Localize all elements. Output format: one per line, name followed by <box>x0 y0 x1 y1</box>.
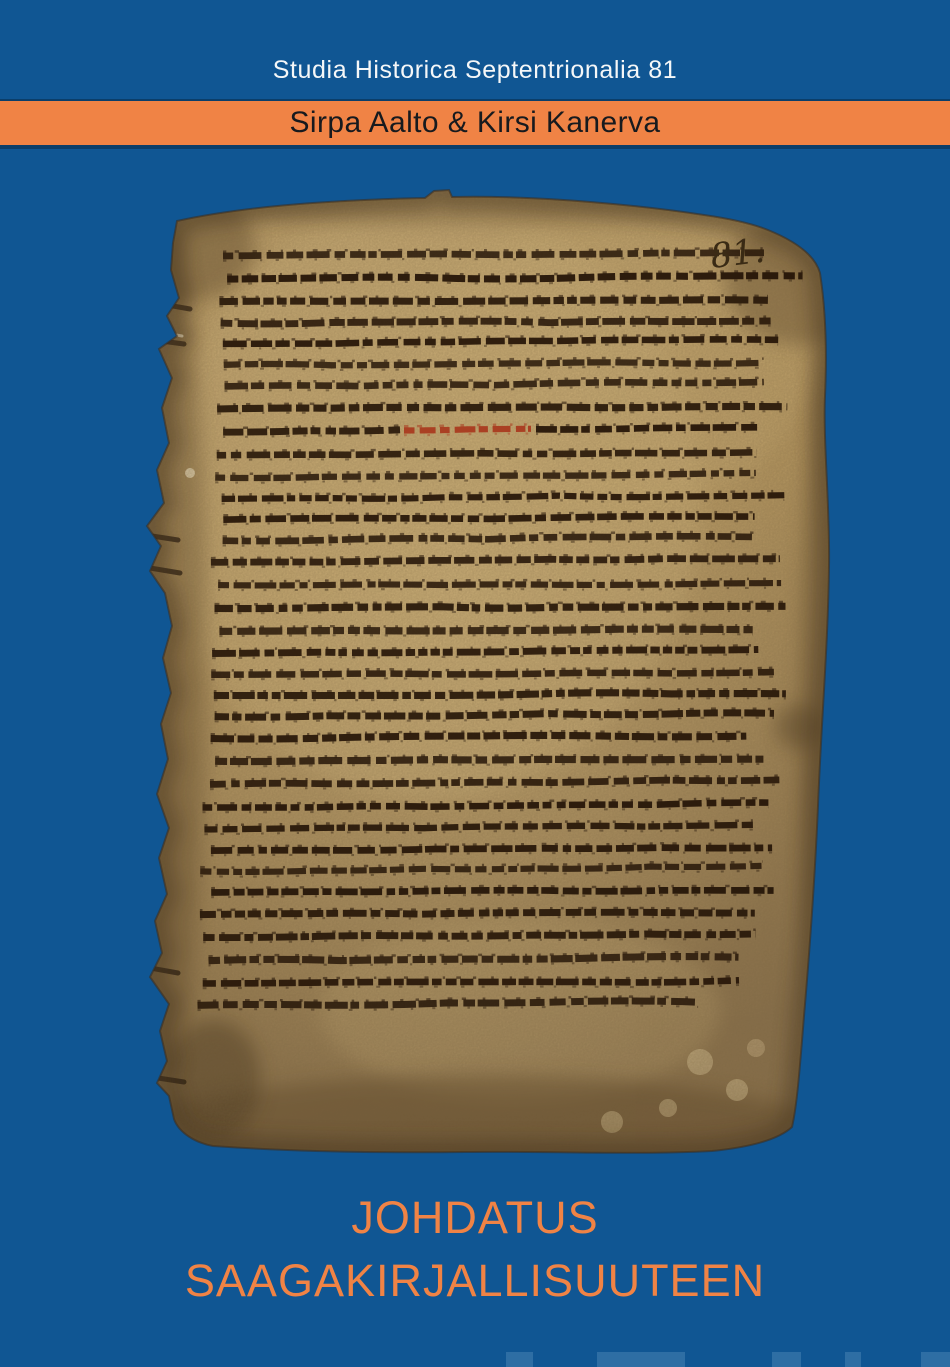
manuscript-photo: 81. <box>0 0 950 1367</box>
book-title-line2: SAAGAKIRJALLISUUTEEN <box>0 1249 950 1312</box>
book-title-line1: JOHDATUS <box>0 1186 950 1249</box>
book-title: JOHDATUS SAAGAKIRJALLISUUTEEN <box>0 1186 950 1312</box>
parchment-leaf: 81. <box>50 181 910 1275</box>
book-cover: Studia Historica Septentrionalia 81 Sirp… <box>0 0 950 1367</box>
